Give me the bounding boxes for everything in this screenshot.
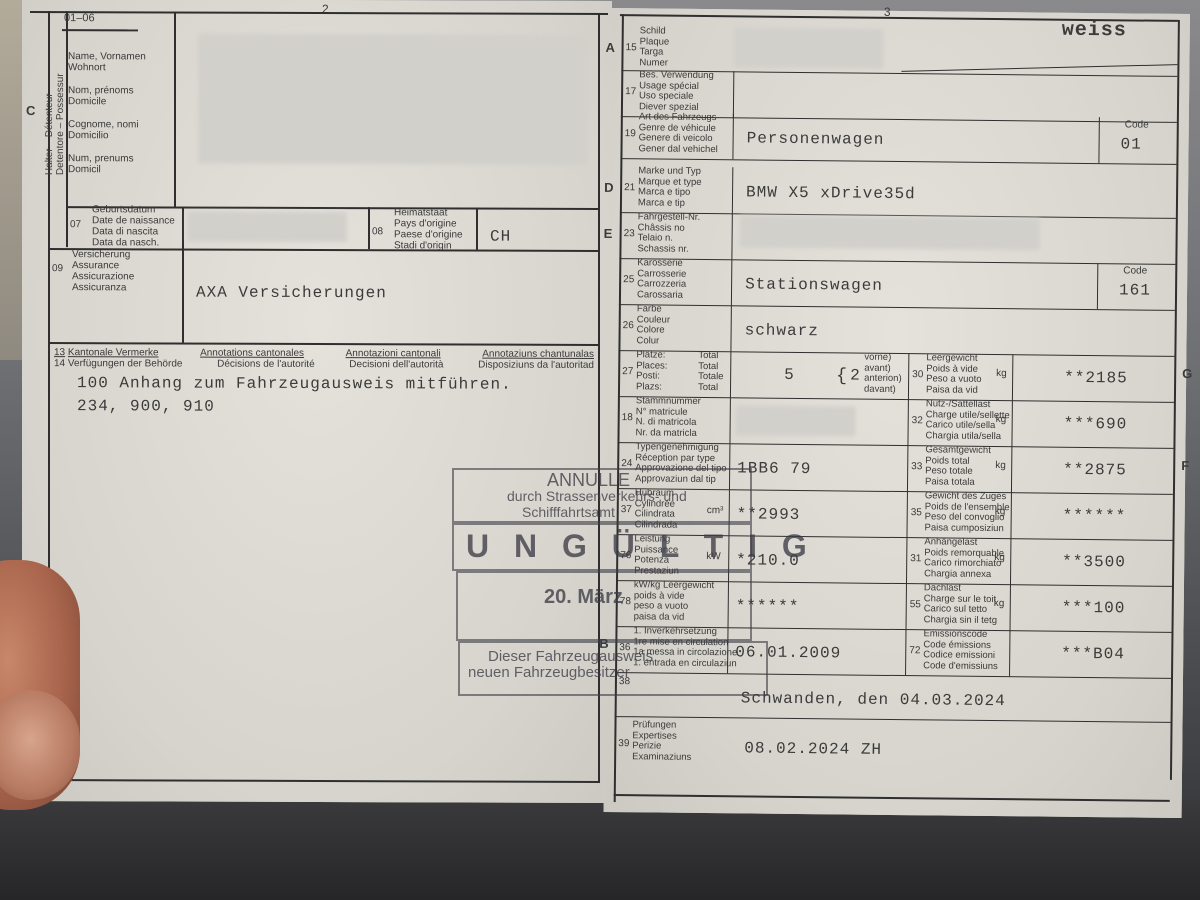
field-value: **3500 <box>1062 553 1126 572</box>
field-value: **2993 <box>737 505 801 524</box>
divider <box>619 258 1175 265</box>
registration-page-right: 3 weiss A15SchildPlaqueTargaNumer17Bes. … <box>604 8 1190 818</box>
divider <box>1097 263 1099 309</box>
plate-color: weiss <box>1062 19 1127 43</box>
seats-brace: { <box>836 366 848 386</box>
field-label: Marke und TypMarque et typeMarca e tipoM… <box>638 166 702 209</box>
field-number: 30 <box>912 369 923 380</box>
seats-total-label: TotalTotalTotaleTotal <box>698 351 724 393</box>
vehicle-grid: 27Plätze:Places:Posti:Plazs:TotalTotalTo… <box>612 8 1190 14</box>
field-value: Personenwagen <box>747 129 885 148</box>
unit-label: kg <box>994 598 1005 609</box>
field-label: HubraumCylindréeCilindrataCilindrada <box>635 488 678 530</box>
code-range: 01–06 <box>64 13 95 24</box>
divider <box>618 396 1174 403</box>
field-value: ****** <box>736 597 800 616</box>
insurance-value: AXA Versicherungen <box>196 284 387 303</box>
divider <box>730 351 732 397</box>
field-label: Bes. VerwendungUsage spécialUso speciale… <box>639 70 714 113</box>
field-label: Fahrgestell-Nr.Châssis noTelaio n.Schass… <box>637 212 700 255</box>
divider <box>615 672 1171 679</box>
code-value: 161 <box>1119 281 1151 299</box>
side-letter-b: B <box>599 636 609 651</box>
inspections-label: PrüfungenExpertisesPerizieExaminaziuns <box>632 720 692 763</box>
field-label: KarosserieCarrosserieCarrozzeriaCarossar… <box>637 258 687 301</box>
divider <box>729 397 731 443</box>
divider <box>174 12 176 207</box>
field-number: 78 <box>620 596 631 607</box>
divider <box>732 113 734 159</box>
field-label: SchildPlaqueTargaNumer <box>639 26 669 68</box>
holder-vertical-label: Detentore – Possessur <box>55 73 66 175</box>
annotation-line-1: 100 Anhang zum Fahrzeugausweis mitführen… <box>77 374 512 394</box>
page-number-left: 2 <box>322 2 329 16</box>
field-label: FarbeCouleurColoreColur <box>636 304 670 346</box>
field-number: 17 <box>625 86 636 97</box>
divider <box>614 794 1170 801</box>
field-number: 39 <box>618 738 629 749</box>
field-label: LeistungPuissancePotenzaPrestaziun <box>634 534 679 576</box>
divider <box>48 779 600 782</box>
field-number: 31 <box>910 553 921 564</box>
field-number: 21 <box>624 182 635 193</box>
unit-label: kg <box>994 552 1005 563</box>
field-number: 35 <box>911 507 922 518</box>
field-value: **2185 <box>1064 369 1128 388</box>
seats-front: 2 <box>850 367 861 385</box>
divider <box>1098 117 1100 163</box>
code-label: Code <box>1125 119 1149 130</box>
divider <box>728 489 730 535</box>
unit-label: kg <box>995 460 1006 471</box>
code-label: Code <box>1123 265 1147 276</box>
field-label: 1. Inverkehrsetzung1re mise en circulati… <box>633 626 737 669</box>
row-letter: A <box>606 40 616 55</box>
field-number: 76 <box>620 550 631 561</box>
redacted-plate-number <box>733 27 883 69</box>
divider <box>728 535 730 581</box>
field-number: 72 <box>909 645 920 656</box>
redacted-chassis-number <box>740 215 1040 250</box>
field-number: 38 <box>619 676 630 687</box>
unit-label: kg <box>996 414 1007 425</box>
field-label: StammnummerN° matriculeN. di matricolaNr… <box>635 396 700 439</box>
holder-label-it: Cognome, nomiDomicilio <box>68 119 139 141</box>
field-number: 33 <box>911 461 922 472</box>
holder-vertical-label: Halter – Détenteur <box>44 93 55 175</box>
field-number: 55 <box>910 599 921 610</box>
inspections-value: 08.02.2024 ZH <box>744 739 882 758</box>
unit-label: cm³ <box>707 505 724 516</box>
field-number: 19 <box>625 128 636 139</box>
redacted-holder-name <box>198 34 588 165</box>
divider <box>617 488 1173 495</box>
divider <box>48 342 598 345</box>
field-number: 18 <box>622 412 633 423</box>
divider <box>476 208 478 250</box>
vehicle-rows: A15SchildPlaqueTargaNumer17Bes. Verwendu… <box>612 8 1190 14</box>
field-value: ***100 <box>1062 599 1126 618</box>
divider <box>731 213 733 259</box>
birthdate-label: Geburtsdatum Date de naissance Data di n… <box>92 204 175 248</box>
annotations-header: 13 Kantonale Vermerke Annotations canton… <box>54 347 594 371</box>
divider <box>182 249 184 343</box>
field-label: GesamtgewichtPoids totalPeso totalePaisa… <box>925 445 991 488</box>
field-label: DachlastCharge sur le toitCarico sul tet… <box>924 583 998 626</box>
field-number: 15 <box>626 42 637 53</box>
unit-label: kg <box>996 368 1007 379</box>
divider <box>730 305 732 351</box>
divider <box>729 443 731 489</box>
side-letter: G <box>1182 366 1192 381</box>
origin-label: Heimatstaat Pays d'origine Paese d'origi… <box>394 207 463 251</box>
divider <box>1170 20 1179 780</box>
seats-label: Plätze:Places:Posti:Plazs: <box>636 350 668 392</box>
field-label: LeergewichtPoids à videPeso a vuotoPaisa… <box>926 353 982 396</box>
side-letter: F <box>1181 458 1189 473</box>
field-number: 32 <box>912 415 923 426</box>
seats-front-label: vorne)avant)anterion)davant) <box>864 353 902 395</box>
row-letter: D <box>604 180 614 195</box>
arrow-line <box>62 29 138 31</box>
field-label: TypengenehmigungRéception par typeApprov… <box>635 442 727 485</box>
divider <box>733 71 735 117</box>
field-label: Art des FahrzeugsGenre de véhiculeGenere… <box>638 112 718 155</box>
divider <box>616 534 1172 541</box>
field-number: 36 <box>619 642 630 653</box>
field-label: AnhängelastPoids remorquableCarico rimor… <box>924 537 1004 580</box>
field-label: EmissionscodeCode émissionsCodice emissi… <box>923 629 998 672</box>
field-value: **2875 <box>1063 461 1127 480</box>
divider <box>598 13 600 783</box>
divider <box>732 167 734 213</box>
field-number-09: 09 <box>52 263 63 274</box>
divider <box>731 259 733 305</box>
field-value: ****** <box>1063 507 1127 526</box>
field-value: 1BB6 79 <box>737 459 811 478</box>
holder-label-rm: Num, prenumsDomicil <box>68 153 134 175</box>
holder-label-fr: Nom, prénomsDomicile <box>68 85 134 107</box>
field-number: 24 <box>621 458 632 469</box>
insurance-label: Versicherung Assurance Assicurazione Ass… <box>72 249 134 293</box>
divider <box>620 158 1176 165</box>
unit-label: kW <box>706 551 721 562</box>
divider <box>728 581 730 627</box>
unit-label: kg <box>995 506 1006 517</box>
divider <box>615 716 1171 723</box>
divider <box>368 207 370 249</box>
divider <box>905 353 910 675</box>
field-label: kW/kg Leergewichtpoids à videpeso a vuot… <box>634 580 715 623</box>
redacted-birthdate <box>187 212 347 243</box>
section-letter-c: C <box>26 103 35 118</box>
field-number-08: 08 <box>372 226 383 237</box>
field-value: Stationswagen <box>745 275 883 294</box>
divider <box>619 304 1175 311</box>
field-value: *210.0 <box>736 551 800 570</box>
field-value: schwarz <box>745 321 819 340</box>
field-number: 23 <box>624 228 635 239</box>
field-value: ***B04 <box>1061 645 1125 664</box>
divider <box>901 64 1177 72</box>
field-value: BMW X5 xDrive35d <box>746 183 916 203</box>
registration-page-left: 2 C 01–06 Halter – Détenteur Detentore –… <box>22 0 612 803</box>
annotation-line-2: 234, 900, 910 <box>77 397 215 415</box>
field-number: 26 <box>623 320 634 331</box>
redacted-matricule <box>736 405 856 436</box>
place-date-value: Schwanden, den 04.03.2024 <box>741 689 1006 710</box>
code-value: 01 <box>1121 135 1142 153</box>
field-value: 06.01.2009 <box>735 643 841 662</box>
field-number: 25 <box>623 274 634 285</box>
divider <box>182 207 184 249</box>
field-value: ***690 <box>1064 415 1128 434</box>
field-number-07: 07 <box>70 219 81 230</box>
divider <box>30 11 608 15</box>
field-number: 27 <box>622 366 633 377</box>
seats-total: 5 <box>784 366 795 384</box>
holder-label-de: Name, VornamenWohnort <box>68 51 146 73</box>
field-number: 37 <box>621 504 632 515</box>
row-letter: E <box>604 226 613 241</box>
origin-value: CH <box>490 228 511 246</box>
